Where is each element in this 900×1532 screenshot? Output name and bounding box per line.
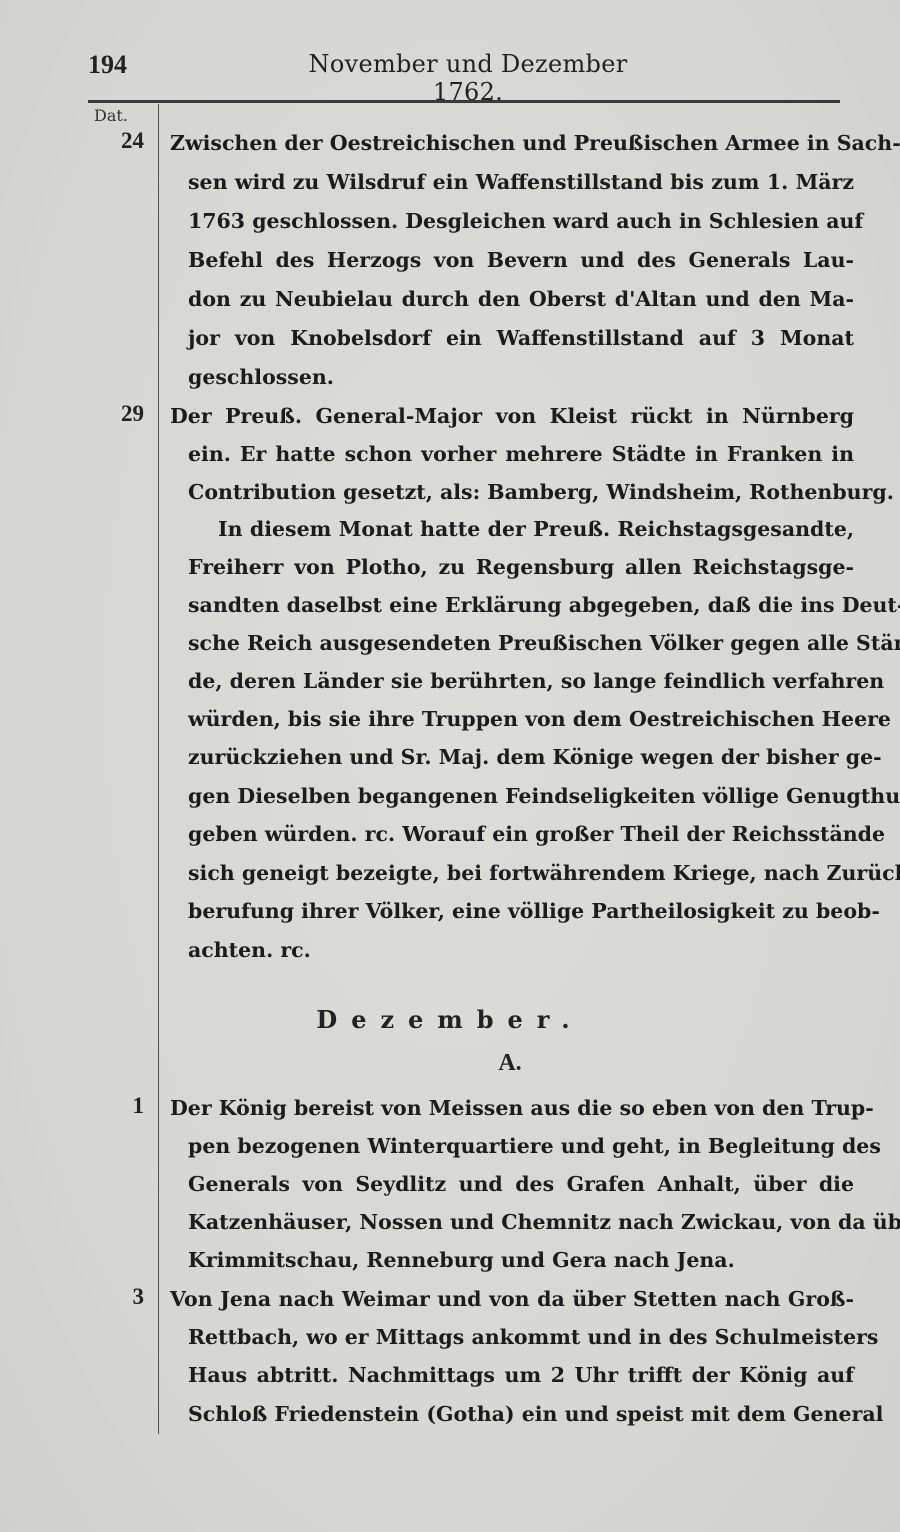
text-line: Katzenhäuser, Nossen und Chemnitz nach Z… — [188, 1203, 854, 1241]
text-line: Der Preuß. General-Major von Kleist rück… — [170, 397, 854, 435]
section-title: Dezember. — [0, 1005, 900, 1034]
header-rule — [88, 100, 840, 103]
text-line: Befehl des Herzogs von Bevern und des Ge… — [188, 241, 854, 279]
date-column-divider — [158, 104, 159, 1434]
text-line: Freiherr von Plotho, zu Regensburg allen… — [188, 548, 854, 586]
text-line: geben würden. rc. Worauf ein großer Thei… — [188, 815, 854, 853]
text-line: Generals von Seydlitz und des Grafen Anh… — [188, 1165, 854, 1203]
text-line: pen bezogenen Winterquartiere und geht, … — [188, 1127, 854, 1165]
book-page: 194 November und Dezember 1762. Dat. 24 … — [0, 0, 900, 1532]
section-subtitle: A. — [0, 1050, 900, 1077]
text-line: Der König bereist von Meissen aus die so… — [170, 1089, 854, 1127]
text-line: sandten daselbst eine Erklärung abgegebe… — [188, 586, 854, 624]
text-line: Haus abtritt. Nachmittags um 2 Uhr triff… — [188, 1356, 854, 1394]
text-line: Rettbach, wo er Mittags ankommt und in d… — [188, 1318, 854, 1356]
text-line: sche Reich ausgesendeten Preußischen Völ… — [188, 624, 854, 662]
text-line: Von Jena nach Weimar und von da über Ste… — [170, 1280, 854, 1318]
text-line: würden, bis sie ihre Truppen von dem Oes… — [188, 700, 854, 738]
entry-date: 1 — [88, 1093, 144, 1119]
running-head: 194 November und Dezember 1762. — [88, 50, 840, 84]
text-line: Zwischen der Oestreichischen und Preußis… — [170, 124, 854, 162]
text-line: gen Dieselben begangenen Feindseligkeite… — [188, 777, 854, 815]
text-line: sich geneigt bezeigte, bei fortwährendem… — [188, 854, 854, 892]
text-line: ein. Er hatte schon vorher mehrere Städt… — [188, 435, 854, 473]
text-line: zurückziehen und Sr. Maj. dem Könige weg… — [188, 738, 854, 776]
date-column-label: Dat. — [94, 106, 128, 125]
page-number: 194 — [88, 50, 127, 80]
text-line: sen wird zu Wilsdruf ein Waffenstillstan… — [188, 163, 854, 201]
text-line: de, deren Länder sie berührten, so lange… — [188, 662, 854, 700]
text-line: berufung ihrer Völker, eine völlige Part… — [188, 892, 854, 930]
running-title: November und Dezember 1762. — [288, 50, 648, 106]
text-line: Krimmitschau, Renneburg und Gera nach Je… — [188, 1241, 854, 1279]
entry-date: 3 — [88, 1284, 144, 1310]
text-line: Schloß Friedenstein (Gotha) ein und spei… — [188, 1395, 854, 1433]
entry-date: 29 — [88, 401, 144, 427]
text-line: achten. rc. — [188, 931, 854, 969]
text-line: 1763 geschlossen. Desgleichen ward auch … — [188, 202, 854, 240]
text-line: don zu Neubielau durch den Oberst d'Alta… — [188, 280, 854, 318]
text-line: Contribution gesetzt, als: Bamberg, Wind… — [188, 473, 854, 511]
text-line: In diesem Monat hatte der Preuß. Reichst… — [218, 510, 854, 548]
text-line: geschlossen. — [188, 358, 854, 396]
text-line: jor von Knobelsdorf ein Waffenstillstand… — [188, 319, 854, 357]
entry-date: 24 — [88, 128, 144, 154]
